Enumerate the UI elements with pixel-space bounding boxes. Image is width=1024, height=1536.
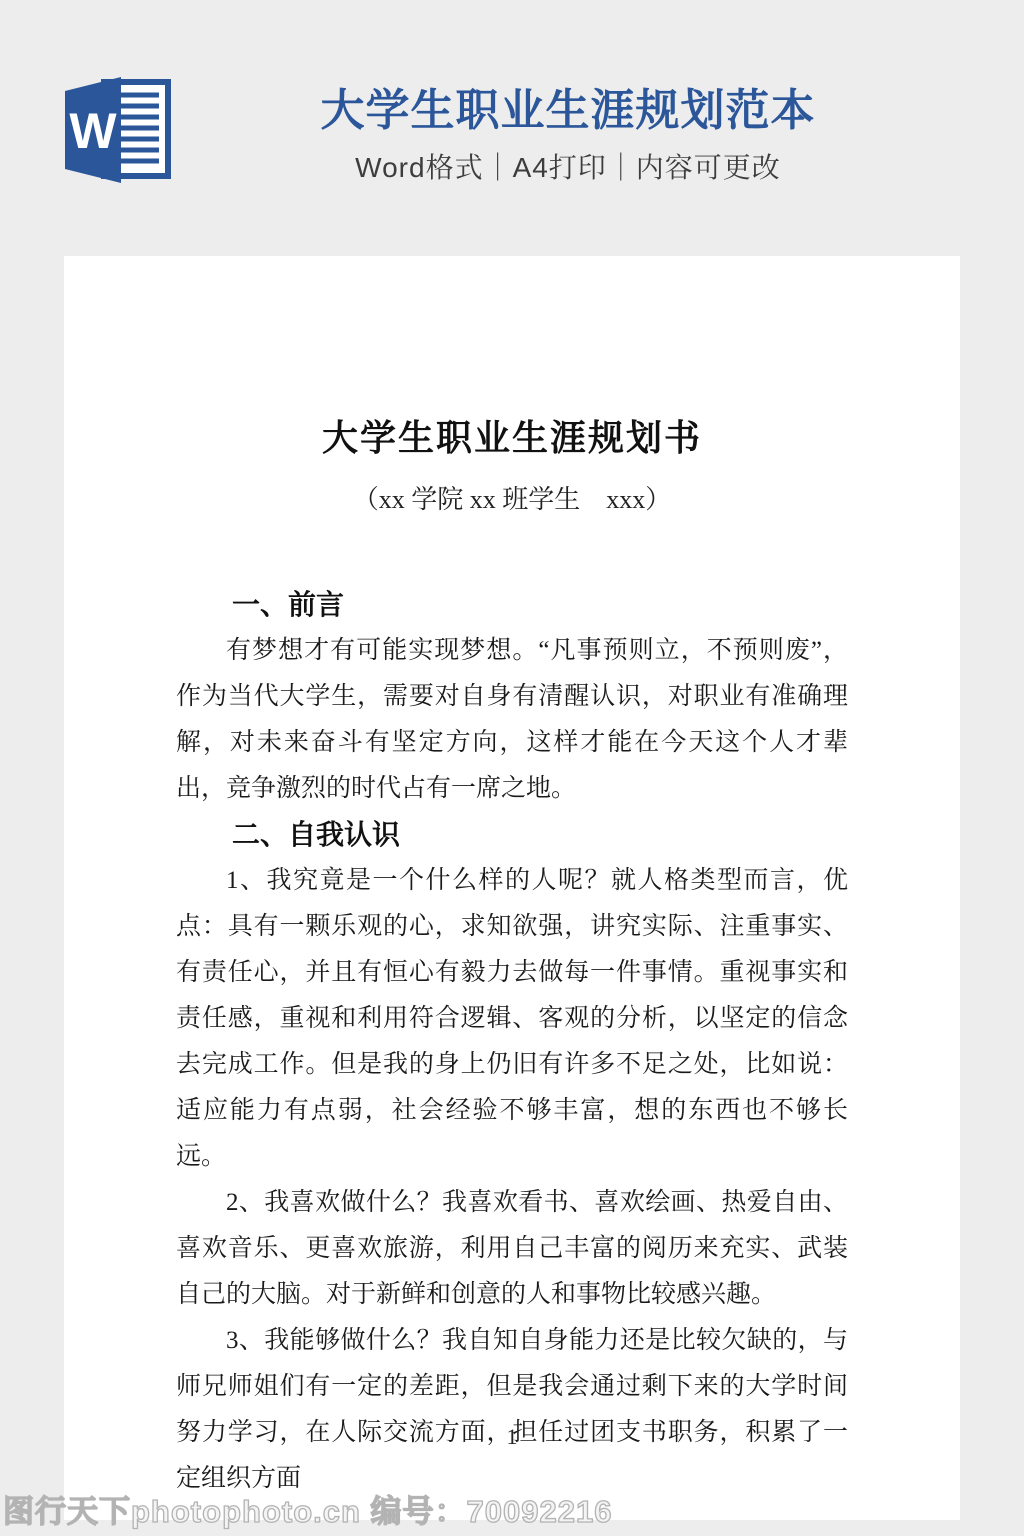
section-heading-self-awareness: 二、自我认识 [176,812,848,858]
paragraph: 3、我能够做什么？我自知自身能力还是比较欠缺的，与师兄师姐们有一定的差距，但是我… [176,1318,848,1502]
template-format-note: Word格式｜A4打印｜内容可更改 [321,152,816,184]
word-icon: W [58,74,176,186]
word-icon-letter: W [69,103,117,159]
document-content: 大学生职业生涯规划书 （xx 学院 xx 班学生 xxx） 一、前言 有梦想才有… [64,256,960,1502]
document-title: 大学生职业生涯规划书 [176,416,848,460]
document-subtitle: （xx 学院 xx 班学生 xxx） [176,482,848,518]
section-heading-foreword: 一、前言 [176,582,848,628]
paragraph: 有梦想才有可能实现梦想。“凡事预则立，不预则废”， 作为当代大学生，需要对自身有… [176,628,848,812]
template-title: 大学生职业生涯规划范本 [321,86,816,136]
watermark-text: 图行天下photophoto.cn 编号：70092216 [3,1486,612,1531]
page-number: 1 [64,1424,960,1450]
paragraph: 2、我喜欢做什么？我喜欢看书、喜欢绘画、热爱自由、喜欢音乐、更喜欢旅游，利用自己… [176,1180,848,1318]
document-page: 大学生职业生涯规划书 （xx 学院 xx 班学生 xxx） 一、前言 有梦想才有… [64,256,960,1520]
header-text-block: 大学生职业生涯规划范本 Word格式｜A4打印｜内容可更改 [321,86,816,184]
paragraph: 1、我究竟是一个什么样的人呢？就人格类型而言，优点：具有一颗乐观的心，求知欲强，… [176,858,848,1180]
template-header: W 大学生职业生涯规划范本 Word格式｜A4打印｜内容可更改 [0,0,1024,256]
